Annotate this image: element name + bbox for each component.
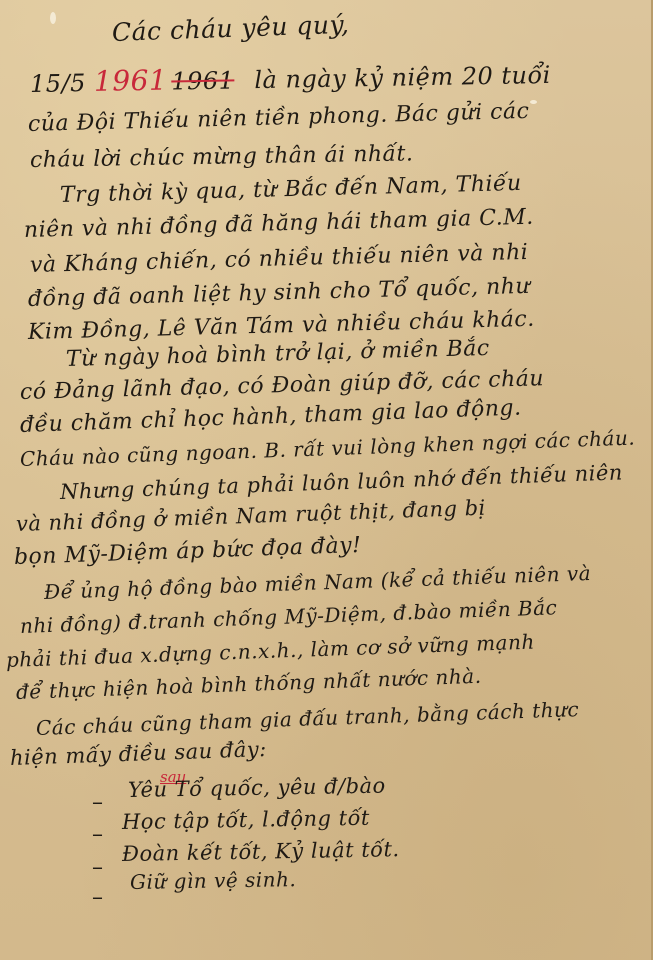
- letter-line-6: và Kháng chiến, có nhiều thiếu niên và n…: [30, 240, 529, 278]
- salutation: Các cháu yêu quý,: [111, 10, 349, 47]
- list-item-1: Yêu Tổ quốc, yêu đ/bào: [128, 774, 386, 802]
- list-item-4: Giữ gìn vệ sinh.: [130, 867, 297, 894]
- list-item-3: Đoàn kết tốt, Kỷ luật tốt.: [122, 837, 400, 866]
- letter-line-5: niên và nhi đồng đã hăng hái tham gia C.…: [24, 205, 534, 243]
- paper-speck: [530, 100, 537, 104]
- letter-line-2: của Đội Thiếu niên tiền phong. Bác gửi c…: [28, 99, 530, 137]
- letter-line-19: để thực hiện hoà bình thống nhất nước nh…: [16, 664, 482, 704]
- letter-line-1: 15/5 19611961là ngày kỷ niệm 20 tuổi: [30, 57, 551, 99]
- letter-line-13: Nhưng chúng ta phải luôn luôn nhớ đến th…: [60, 460, 624, 504]
- paper-speck: [50, 12, 56, 24]
- letter-page: Các cháu yêu quý, 15/5 19611961là ngày k…: [0, 0, 653, 960]
- list-dash: –: [92, 822, 103, 847]
- red-year-correction: 1961: [94, 64, 168, 98]
- list-dash: –: [92, 855, 103, 880]
- list-item-2: Học tập tốt, l.động tốt: [122, 806, 370, 834]
- letter-line-15: bọn Mỹ-Diệm áp bức đọa đày!: [14, 533, 362, 570]
- list-dash: –: [92, 885, 103, 910]
- list-dash: –: [92, 790, 103, 815]
- letter-line-3: cháu lời chúc mừng thân ái nhất.: [30, 141, 414, 173]
- letter-line-4: Trg thời kỳ qua, từ Bắc đến Nam, Thiếu: [60, 171, 522, 208]
- letter-line-20: Các cháu cũng tham gia đấu tranh, bằng c…: [36, 697, 580, 740]
- letter-line-21: hiện mấy điều sau đây:: [10, 737, 268, 770]
- letter-line-7: đồng đã oanh liệt hy sinh cho Tổ quốc, n…: [28, 274, 531, 312]
